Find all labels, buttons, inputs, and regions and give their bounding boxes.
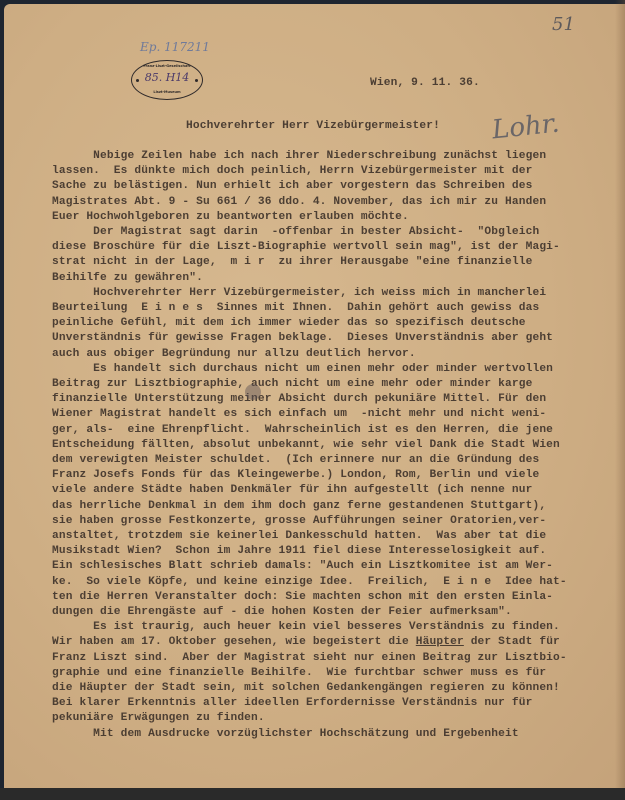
letter-line: auch aus obiger Begründung nur allzu deu… xyxy=(52,348,416,360)
letter-line: Wiener Magistrat handelt es sich einfach… xyxy=(52,408,546,420)
letter-line: anstaltet, trotzdem sie keinerlei Dankes… xyxy=(52,530,546,542)
letter-line: ke. So viele Köpfe, und keine einzige Id… xyxy=(52,576,567,588)
letter-line: das herrliche Denkmal in dem ihm doch ga… xyxy=(52,500,546,512)
letter-line: Nebige Zeilen habe ich nach ihrer Nieder… xyxy=(52,150,546,162)
letter-line: Franz Liszt sind. Aber der Magistrat sie… xyxy=(52,652,567,664)
letter-line: Ein schlesisches Blatt schrieb damals: "… xyxy=(52,560,553,572)
letter-line: Bei klarer Erkenntnis aller ideellen Erf… xyxy=(52,697,532,709)
letter-line: peinliche Gefühl, mit dem ich immer wied… xyxy=(52,317,526,329)
letter-line: diese Broschüre für die Liszt-Biographie… xyxy=(52,241,560,253)
stamp-top-text: Franz-Liszt-Gesellschaft xyxy=(132,64,202,68)
page-edge-shadow xyxy=(615,0,625,800)
letter-line: Der Magistrat sagt darin -offenbar in be… xyxy=(52,226,539,238)
letter-line: graphie und eine finanzielle Beihilfe. W… xyxy=(52,667,546,679)
letter-line: Wir haben am 17. Oktober gesehen, wie be… xyxy=(52,636,560,648)
letter-line: ger, als- eine Ehrenpflicht. Wahrscheinl… xyxy=(52,424,553,436)
letter-line: ten die Herren Veranstalter doch: Sie ma… xyxy=(52,591,553,603)
letter-line: Franz Josefs Fonds für das Kleingewerbe.… xyxy=(52,469,539,481)
stamp-dot xyxy=(195,79,198,82)
underlined-word: Häupter xyxy=(416,636,464,648)
stamp-bottom-text: Liszt-Museum xyxy=(132,90,202,94)
scan-border xyxy=(0,788,625,800)
letter-line: Unverständnis für gewisse Fragen beklage… xyxy=(52,332,553,344)
letter-line: Entscheidung fällten, absolut unbekannt,… xyxy=(52,439,560,451)
letter-line: Sache zu belästigen. Nun erhielt ich abe… xyxy=(52,180,532,192)
letter-date: Wien, 9. 11. 36. xyxy=(370,77,480,89)
letter-line: Beitrag zur Lisztbiographie, auch nicht … xyxy=(52,378,532,390)
letter-line: Mit dem Ausdrucke vorzüglichster Hochsch… xyxy=(52,728,519,740)
letter-line: dem verewigten Meister schuldet. (Ich er… xyxy=(52,454,539,466)
letter-line: die Häupter der Stadt sein, mit solchen … xyxy=(52,682,560,694)
page-number: 51 xyxy=(552,14,575,35)
letter-line: Es handelt sich durchaus nicht um einen … xyxy=(52,363,553,375)
stamp-number: 85. H14 xyxy=(132,71,202,84)
letter-line: sie haben grosse Festkonzerte, grosse Au… xyxy=(52,515,546,527)
letter-line: pekuniäre Erwägungen zu finden. xyxy=(52,712,265,724)
letter-line: finanzielle Unterstützung meiner Absicht… xyxy=(52,393,546,405)
letter-line: strat nicht in der Lage, m i r zu ihrer … xyxy=(52,256,532,268)
letter-line: lassen. Es dünkte mich doch peinlich, He… xyxy=(52,165,532,177)
letter-line: dungen die Ehrengäste auf - die hohen Ko… xyxy=(52,606,512,618)
letter-line: Beihilfe zu gewähren". xyxy=(52,272,203,284)
letter-line: Beurteilung E i n e s Sinnes mit Ihnen. … xyxy=(52,302,539,314)
letter-line: viele andere Städte haben Denkmäler für … xyxy=(52,484,532,496)
stamp-dot xyxy=(136,79,139,82)
letter-line: Magistrates Abt. 9 - Su 661 / 36 ddo. 4.… xyxy=(52,196,546,208)
letter-line: Hochverehrter Herr Vizebürgermeister, ic… xyxy=(52,287,546,299)
letter-salutation: Hochverehrter Herr Vizebürgermeister! xyxy=(186,120,440,132)
archive-reference: Ep. 117211 xyxy=(140,40,210,54)
letter-line: Es ist traurig, auch heuer kein viel bes… xyxy=(52,621,560,633)
ink-smudge xyxy=(245,384,261,400)
letter-line: Musikstadt Wien? Schon im Jahre 1911 fie… xyxy=(52,545,546,557)
letter-line: Euer Hochwohlgeboren zu beantworten erla… xyxy=(52,211,409,223)
archive-stamp: Franz-Liszt-Gesellschaft 85. H14 Liszt-M… xyxy=(131,60,203,100)
